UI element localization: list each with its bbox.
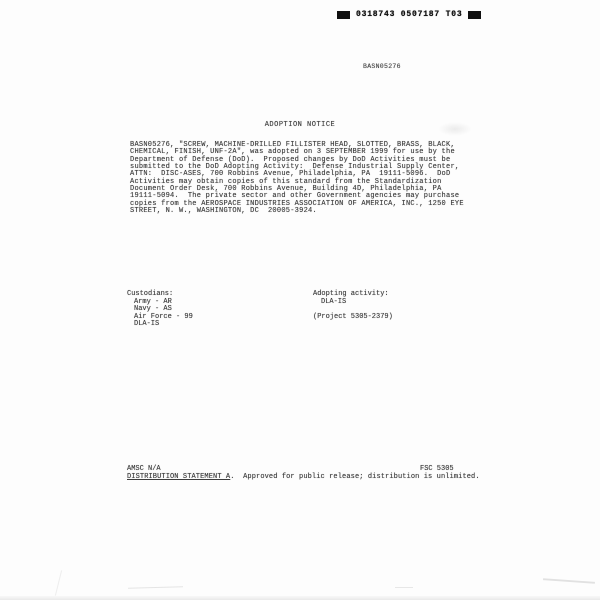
paragraph-line: STREET, N. W., WASHINGTON, DC 20005-3924… bbox=[130, 208, 464, 215]
adopting-activity-block: Adopting activity: DLA-IS (Project 5305-… bbox=[313, 291, 393, 322]
distribution-statement-text: . Approved for public release; distribut… bbox=[230, 473, 479, 481]
document-id: BASN05276 bbox=[363, 63, 401, 70]
scan-smudge bbox=[438, 122, 472, 136]
page-title: ADOPTION NOTICE bbox=[0, 121, 600, 129]
code-right-block-icon bbox=[468, 11, 481, 19]
custodians-list: Army - ARNavy - ASAir Force - 99DLA-IS bbox=[127, 299, 193, 329]
code-left-block-icon bbox=[337, 11, 350, 19]
scan-code-line: 0318743 0507187 T03 bbox=[337, 10, 481, 19]
scan-artifact bbox=[128, 586, 183, 588]
distribution-statement: DISTRIBUTION STATEMENT A. Approved for p… bbox=[127, 473, 480, 481]
project-number: (Project 5305-2379) bbox=[313, 314, 393, 322]
adopting-value: DLA-IS bbox=[313, 299, 393, 307]
distribution-statement-label: DISTRIBUTION STATEMENT A bbox=[127, 473, 230, 481]
scan-code-text: 0318743 0507187 T03 bbox=[356, 10, 462, 19]
custodian-item: DLA-IS bbox=[134, 321, 193, 329]
notice-paragraph: BASN05276, "SCREW, MACHINE-DRILLED FILLI… bbox=[130, 142, 464, 215]
fsc-label: FSC 5305 bbox=[420, 465, 454, 473]
custodians-block: Custodians: Army - ARNavy - ASAir Force … bbox=[127, 291, 193, 329]
scan-artifact bbox=[543, 578, 595, 583]
amsc-label: AMSC N/A bbox=[127, 465, 161, 473]
scan-artifact bbox=[55, 570, 62, 595]
scan-artifact bbox=[395, 587, 413, 588]
scanned-adoption-notice-page: 0318743 0507187 T03 BASN05276 ADOPTION N… bbox=[0, 0, 600, 600]
scan-edge-shadow bbox=[0, 596, 600, 600]
